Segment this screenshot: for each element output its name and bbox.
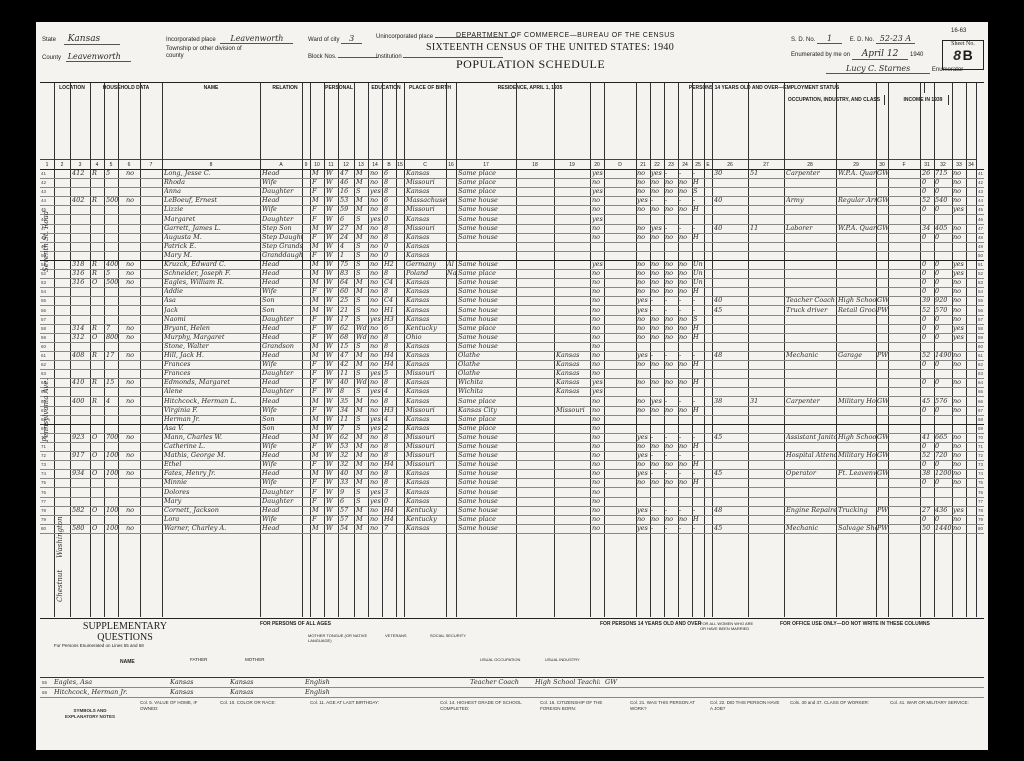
citizenship [447,351,456,360]
public-work: - [665,433,678,442]
ward-value: 3 [341,34,362,44]
age: 47 [340,351,354,360]
school-attendance: no [370,224,382,233]
farm-flag [126,369,140,378]
occupation [786,187,836,196]
activity-code: H [693,287,704,296]
race: W [326,342,338,351]
line-number: 73 [41,460,53,469]
race: W [326,397,338,406]
col-tongue-header: MOTHER TONGUE (OR NATIVE LANGUAGE) [308,633,368,643]
residence-city: Same house [458,442,516,451]
seeking-work [651,342,664,351]
marital-status: M [356,233,368,242]
line-number-right: 66 [978,397,983,406]
citizenship [447,433,456,442]
sex: M [312,469,324,478]
citizenship [447,387,456,396]
farm-1935: no [592,360,604,369]
seeking-work: no [651,187,664,196]
marital-status: M [356,442,368,451]
residence-state: Kansas [556,378,590,387]
relation: Head [262,397,302,406]
school-attendance: no [370,442,382,451]
sex: M [312,351,324,360]
sex: M [312,242,324,251]
person-name: Fates, Henry Jr. [164,469,260,478]
hours-worked [714,378,744,387]
residence-city: Wichita [458,378,516,387]
industry: Salvage Shop [838,524,876,533]
home-owned [92,460,104,469]
supp-mother: Kansas [230,688,285,697]
public-work [665,342,678,351]
section-name: NAME [162,83,261,93]
house-number [72,287,90,296]
line-number: 41 [41,169,53,178]
has-job: - [679,451,692,460]
house-number: 318 [72,260,90,269]
home-owned: O [92,333,104,342]
age: 11 [340,369,354,378]
farm-flag [126,242,140,251]
seeking-work: no [651,178,664,187]
home-owned [92,442,104,451]
marital-status: M [356,169,368,178]
residence-state [556,242,590,251]
sheet-number: 8 [953,47,961,63]
farm-1935: no [592,451,604,460]
hours-worked: 45 [714,433,744,442]
race: W [326,205,338,214]
seeking-work: no [651,287,664,296]
grade-completed: H3 [384,315,396,324]
has-job: no [679,269,692,278]
age: 11 [340,415,354,424]
seeking-work [651,497,664,506]
public-work: - [665,506,678,515]
at-work [637,215,650,224]
public-work: no [665,515,678,524]
home-value [106,497,118,506]
other-income: no [953,196,966,205]
age: 4 [340,242,354,251]
birthplace: Missouri [406,205,446,214]
at-work: no [637,442,650,451]
relation: Wife [262,406,302,415]
house-number [72,369,90,378]
occupation: Laborer [786,224,836,233]
hours-worked: 40 [714,224,744,233]
at-work: yes [637,433,650,442]
class-of-worker: GW [877,469,888,478]
farm-flag [126,515,140,524]
weeks-unemployed [750,187,780,196]
farm-1935: yes [592,215,604,224]
seeking-work [651,369,664,378]
activity-code: Un [693,260,704,269]
citizenship [447,215,456,224]
farm-1935: yes [592,169,604,178]
age: 60 [340,287,354,296]
line-number: 74 [41,469,53,478]
birthplace: Kansas [406,378,446,387]
at-work [637,242,650,251]
wage-income [935,387,952,396]
age: 34 [340,406,354,415]
house-number [72,205,90,214]
birthplace: Poland [406,269,446,278]
industry [838,378,876,387]
weeks-worked: 39 [922,296,934,305]
farm-flag: no [126,469,140,478]
public-work: - [665,224,678,233]
house-number: 314 [72,324,90,333]
farm-flag [126,460,140,469]
relation: Daughter [262,497,302,506]
line-number-right: 42 [978,178,983,187]
house-number [72,515,90,524]
sex: F [312,215,324,224]
school-attendance: no [370,524,382,533]
has-job: no [679,278,692,287]
supp-name: Hitchcock, Herman Jr. [54,688,164,697]
home-owned [92,242,104,251]
grade-completed: 5 [384,369,396,378]
activity-code: H [693,205,704,214]
marital-status: S [356,242,368,251]
industry: Military Home W.P.A. [838,397,876,406]
weeks-unemployed: 31 [750,397,780,406]
farm-1935: no [592,278,604,287]
township-field: Township or other division of county [166,46,256,60]
farm-flag: no [126,260,140,269]
residence-city: Same place [458,324,516,333]
sex: F [312,360,324,369]
farm-flag [126,342,140,351]
notes-title: SYMBOLS AND EXPLANATORY NOTES [60,708,120,719]
relation: Head [262,378,302,387]
industry [838,287,876,296]
weeks-worked: 45 [922,397,934,406]
race: W [326,524,338,533]
seeking-work [651,215,664,224]
wage-income: 0 [935,260,952,269]
occupation [786,369,836,378]
seeking-work: no [651,260,664,269]
race: W [326,442,338,451]
weeks-unemployed [750,451,780,460]
farm-1935: yes [592,260,604,269]
school-attendance: yes [370,424,382,433]
citizenship: Al [447,260,456,269]
note-col16: Col. 16. CITIZENSHIP OF THE FOREIGN BORN… [540,700,620,711]
at-work: no [637,224,650,233]
race: W [326,287,338,296]
at-work: yes [637,524,650,533]
sheet-side: B [963,47,973,63]
citizenship [447,178,456,187]
has-job [679,342,692,351]
seeking-work: - [651,306,664,315]
other-income [953,215,966,224]
margin-note-street: Pennsylvania Ave. [42,378,50,442]
class-of-worker [877,287,888,296]
sex: M [312,296,324,305]
line-number-right: 53 [978,278,983,287]
relation: Son [262,296,302,305]
ed-label: E. D. No. [850,37,874,43]
home-owned [92,342,104,351]
home-owned: R [92,196,104,205]
note-col22: Col. 22. DID THIS PERSON HAVE A JOB? [710,700,780,711]
sex: F [312,460,324,469]
hours-worked [714,215,744,224]
race: W [326,215,338,224]
home-value [106,296,118,305]
hours-worked: 45 [714,469,744,478]
wage-income [935,424,952,433]
residence-state [556,451,590,460]
wage-income: 0 [935,442,952,451]
farm-flag: no [126,351,140,360]
section-occupation: OCCUPATION, INDUSTRY, AND CLASS OF WORKE… [784,95,885,105]
seeking-work: no [651,378,664,387]
race: W [326,324,338,333]
industry [838,415,876,424]
weeks-unemployed [750,251,780,260]
relation: Head [262,333,302,342]
home-value: 5 [106,269,118,278]
activity-code: H [693,233,704,242]
age: 47 [340,169,354,178]
birthplace: Ohio [406,333,446,342]
farm-1935: yes [592,387,604,396]
has-job: - [679,469,692,478]
has-job: no [679,442,692,451]
birthplace: Kansas [406,242,446,251]
weeks-unemployed [750,360,780,369]
citizenship [447,488,456,497]
relation: Head [262,351,302,360]
birthplace: Missouri [406,406,446,415]
citizenship [447,196,456,205]
wage-income: 665 [935,433,952,442]
home-value [106,342,118,351]
school-attendance: no [370,205,382,214]
activity-code [693,424,704,433]
home-owned [92,251,104,260]
weeks-worked: 0 [922,187,934,196]
seeking-work [651,242,664,251]
grade-completed: 8 [384,233,396,242]
weeks-worked: 0 [922,406,934,415]
person-name: Patrick E. [164,242,260,251]
home-owned [92,369,104,378]
birthplace: Kansas [406,488,446,497]
other-income: no [953,187,966,196]
column-headers: LOCATION HOUSEHOLD DATA NAME RELATION PE… [40,83,984,170]
home-owned: R [92,324,104,333]
at-work: no [637,478,650,487]
farm-flag [126,178,140,187]
margin-note-street: Chestnut [56,570,64,602]
birthplace: Kansas [406,169,446,178]
relation: Step Grandson [262,242,302,251]
class-of-worker [877,360,888,369]
farm-flag [126,360,140,369]
supp-mother: Kansas [230,678,285,687]
residence-city: Same house [458,196,516,205]
has-job: - [679,524,692,533]
class-of-worker [877,269,888,278]
person-name: Mann, Charles W. [164,433,260,442]
class-of-worker [877,387,888,396]
farm-flag: no [126,506,140,515]
activity-code: - [693,451,704,460]
county-value: Leavenworth [66,52,131,62]
citizenship [447,315,456,324]
at-work: no [637,515,650,524]
residence-state: Kansas [556,360,590,369]
grade-completed: H4 [384,460,396,469]
home-value: 1000 [106,506,118,515]
public-work: no [665,187,678,196]
has-job: - [679,433,692,442]
activity-code: Un [693,269,704,278]
farm-1935: no [592,497,604,506]
line-number: 42 [41,178,53,187]
at-work: no [637,406,650,415]
other-income [953,251,966,260]
sex: M [312,415,324,424]
sex: F [312,333,324,342]
wage-income: 0 [935,406,952,415]
class-of-worker [877,333,888,342]
sd-field: S. D. No. 1 E. D. No. 52-23 A [791,34,915,43]
marital-status: M [356,478,368,487]
seeking-work: no [651,278,664,287]
sex: F [312,178,324,187]
class-of-worker [877,215,888,224]
marital-status: M [356,351,368,360]
marital-status: S [356,415,368,424]
class-of-worker: GW [877,169,888,178]
citizenship [447,451,456,460]
industry [838,360,876,369]
birthplace: Kentucky [406,324,446,333]
wage-income: 0 [935,178,952,187]
farm-1935: no [592,306,604,315]
home-owned: R [92,260,104,269]
weeks-worked: 0 [922,178,934,187]
line-number-right: 59 [978,333,983,342]
weeks-unemployed [750,460,780,469]
weeks-unemployed: 51 [750,169,780,178]
census-title: SIXTEENTH CENSUS OF THE UNITED STATES: 1… [426,42,674,53]
public-work: no [665,178,678,187]
house-number [72,478,90,487]
class-of-worker [877,488,888,497]
birthplace: Kansas [406,315,446,324]
residence-state [556,178,590,187]
home-owned: O [92,469,104,478]
class-of-worker: GW [877,196,888,205]
occupation [786,260,836,269]
explanatory-notes: SYMBOLS AND EXPLANATORY NOTES Col. 5. VA… [40,698,984,748]
has-job: no [679,187,692,196]
occupation [786,360,836,369]
hours-worked [714,451,744,460]
other-income: no [953,169,966,178]
class-of-worker [877,251,888,260]
weeks-unemployed: 11 [750,224,780,233]
person-name: Minnie [164,478,260,487]
home-owned: O [92,451,104,460]
home-value [106,187,118,196]
house-number: 400 [72,397,90,406]
birthplace: Kansas [406,524,446,533]
house-number [72,406,90,415]
grade-completed: H4 [384,506,396,515]
activity-code: - [693,351,704,360]
line-number: 72 [41,451,53,460]
weeks-unemployed [750,506,780,515]
home-owned [92,387,104,396]
relation: Daughter [262,315,302,324]
grade-completed: 4 [384,415,396,424]
seeking-work: yes [651,397,664,406]
grade-completed: H1 [384,306,396,315]
sd-value: 1 [817,34,842,44]
weeks-unemployed [750,424,780,433]
occupation [786,324,836,333]
age: 53 [340,442,354,451]
person-name: Dolores [164,488,260,497]
hours-worked [714,324,744,333]
occupation [786,442,836,451]
hours-worked: 48 [714,351,744,360]
house-number: 410 [72,378,90,387]
activity-code: - [693,524,704,533]
farm-1935: no [592,342,604,351]
hours-worked [714,269,744,278]
public-work: no [665,315,678,324]
weeks-unemployed [750,469,780,478]
has-job: no [679,360,692,369]
class-of-worker [877,260,888,269]
home-value [106,460,118,469]
age: 21 [340,306,354,315]
age: 6 [340,497,354,506]
relation: Son [262,424,302,433]
public-work: no [665,269,678,278]
sex: M [312,260,324,269]
wage-income: 0 [935,515,952,524]
line-number-right: 74 [978,469,983,478]
farm-1935: no [592,424,604,433]
occupation [786,205,836,214]
marital-status: M [356,205,368,214]
school-attendance: no [370,278,382,287]
sex: F [312,315,324,324]
sex: F [312,497,324,506]
person-name: Cornett, Jackson [164,506,260,515]
seeking-work [651,251,664,260]
grade-completed: 8 [384,205,396,214]
residence-state [556,205,590,214]
line-number-right: 55 [978,296,983,305]
